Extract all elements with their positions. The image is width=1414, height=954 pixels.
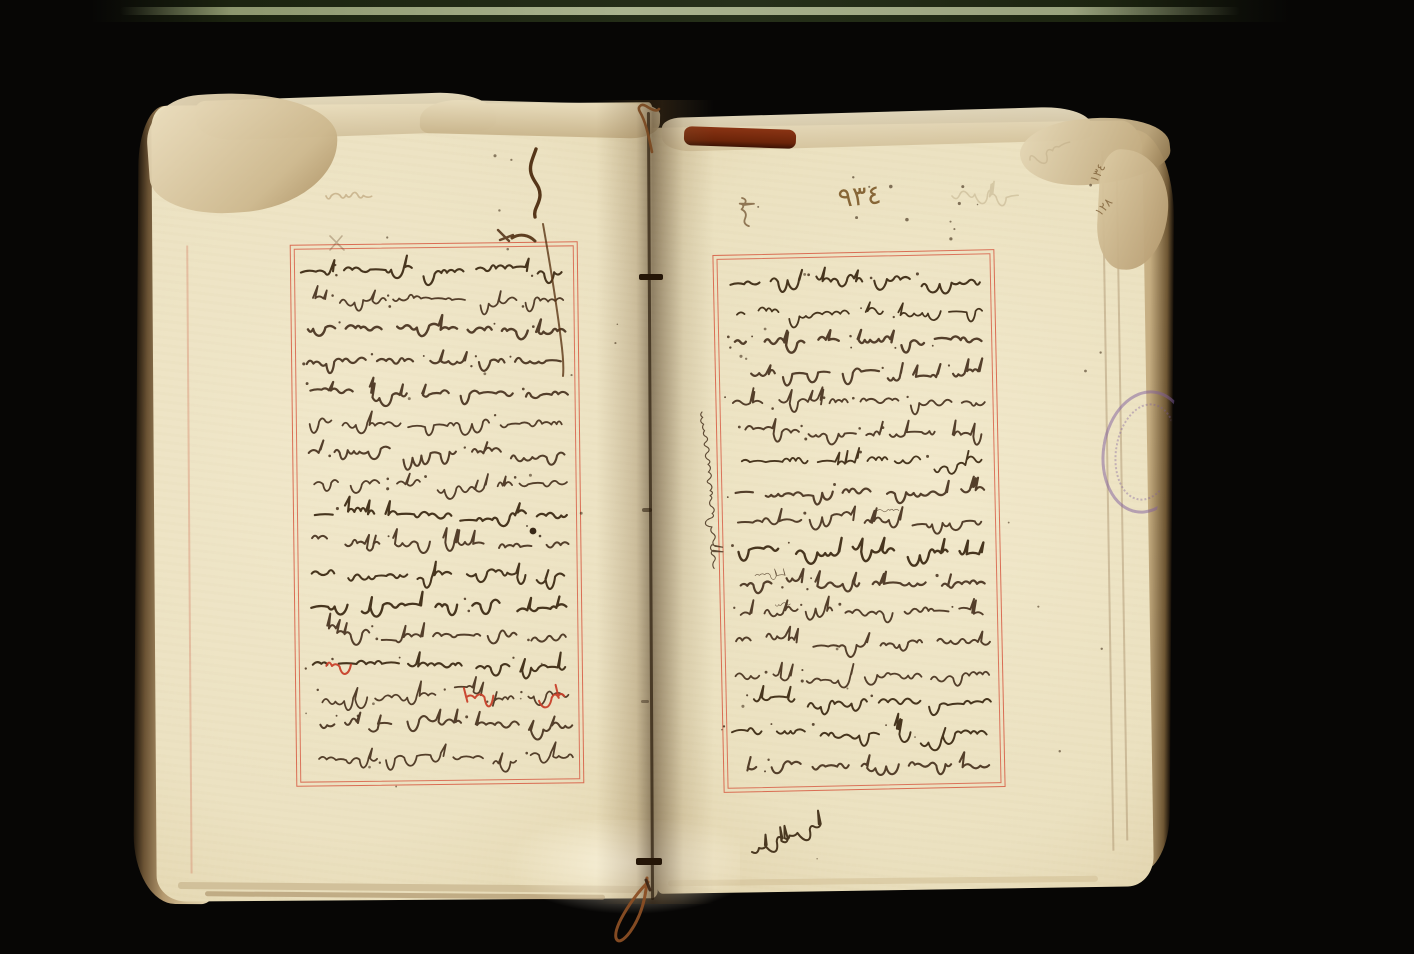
ink-marks-overlay xyxy=(0,0,1414,954)
manuscript-photo: ٩٣٤ ١٣٤ ١٢٨ xyxy=(0,0,1414,954)
